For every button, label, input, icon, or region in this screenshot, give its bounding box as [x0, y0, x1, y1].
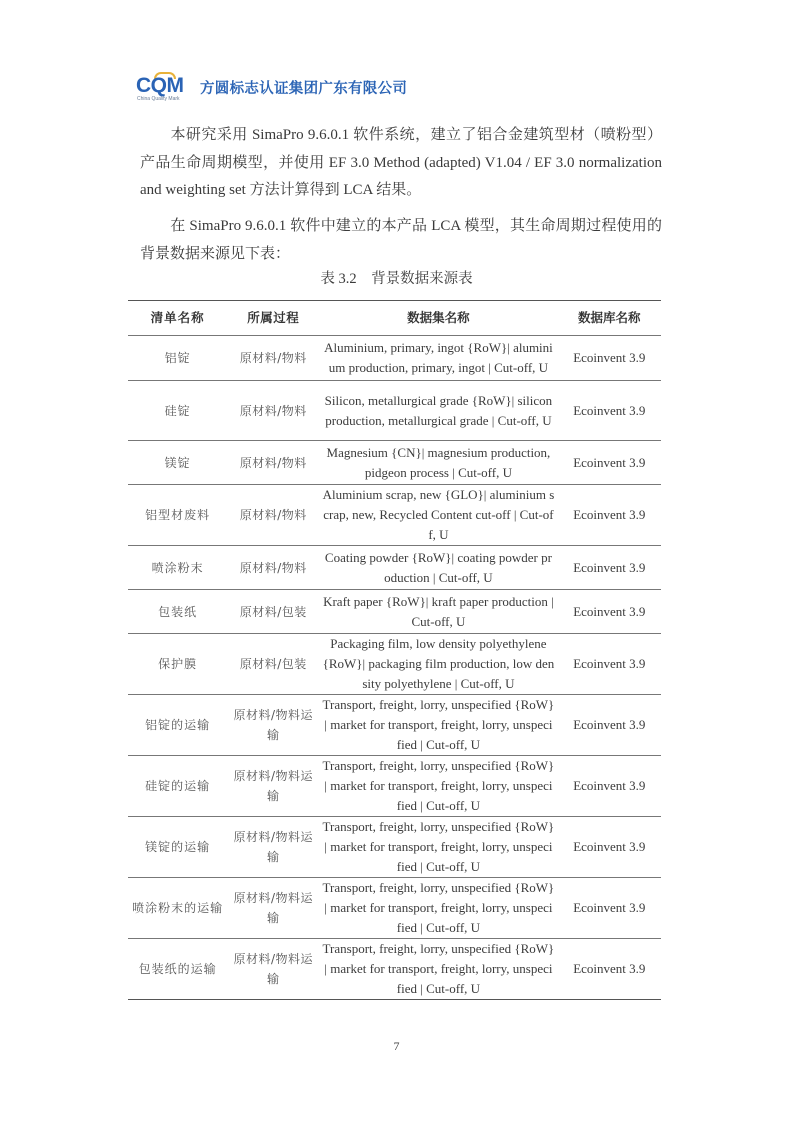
table-row: 喷涂粉末的运输原材料/物料运输Transport, freight, lorry…	[128, 878, 661, 939]
table-body: 铝锭原材料/物料Aluminium, primary, ingot {RoW}|…	[128, 336, 661, 1000]
cell-process: 原材料/物料运输	[227, 878, 319, 939]
cell-process: 原材料/物料	[227, 441, 319, 485]
cell-inventory-name: 镁锭的运输	[128, 817, 227, 878]
cell-dataset: Transport, freight, lorry, unspecified {…	[319, 695, 557, 756]
cqm-logo: CQM China Quality Mark	[136, 72, 198, 102]
table-row: 铝锭的运输原材料/物料运输Transport, freight, lorry, …	[128, 695, 661, 756]
table-row: 硅锭原材料/物料Silicon, metallurgical grade {Ro…	[128, 381, 661, 441]
table-row: 包装纸的运输原材料/物料运输Transport, freight, lorry,…	[128, 939, 661, 1000]
cell-database: Ecoinvent 3.9	[558, 336, 661, 381]
page-number: 7	[0, 1039, 793, 1054]
cell-inventory-name: 铝锭	[128, 336, 227, 381]
page-header: CQM China Quality Mark 方圆标志认证集团广东有限公司	[136, 72, 407, 104]
logo-subtitle: China Quality Mark	[137, 96, 180, 102]
cell-database: Ecoinvent 3.9	[558, 590, 661, 634]
header-dataset: 数据集名称	[319, 301, 557, 336]
cell-database: Ecoinvent 3.9	[558, 441, 661, 485]
table-row: 包装纸原材料/包装Kraft paper {RoW}| kraft paper …	[128, 590, 661, 634]
cell-database: Ecoinvent 3.9	[558, 695, 661, 756]
company-name: 方圆标志认证集团广东有限公司	[200, 81, 407, 97]
paragraph-data-source-text: 在 SimaPro 9.6.0.1 软件中建立的本产品 LCA 模型，其生命周期…	[140, 218, 662, 262]
cell-dataset: Magnesium {CN}| magnesium production, pi…	[319, 441, 557, 485]
cell-inventory-name: 铝锭的运输	[128, 695, 227, 756]
cell-process: 原材料/包装	[227, 634, 319, 695]
cell-dataset: Packaging film, low density polyethylene…	[319, 634, 557, 695]
cell-database: Ecoinvent 3.9	[558, 878, 661, 939]
logo-text: CQM	[136, 76, 184, 96]
cell-process: 原材料/物料运输	[227, 695, 319, 756]
cell-process: 原材料/物料运输	[227, 817, 319, 878]
paragraph-method-text: 本研究采用 SimaPro 9.6.0.1 软件系统，建立了铝合金建筑型材（喷粉…	[140, 127, 662, 198]
cell-process: 原材料/物料运输	[227, 939, 319, 1000]
cell-dataset: Transport, freight, lorry, unspecified {…	[319, 756, 557, 817]
header-database: 数据库名称	[558, 301, 661, 336]
cell-database: Ecoinvent 3.9	[558, 817, 661, 878]
background-data-table: 清单名称 所属过程 数据集名称 数据库名称 铝锭原材料/物料Aluminium,…	[128, 300, 661, 1000]
cell-inventory-name: 硅锭的运输	[128, 756, 227, 817]
cell-dataset: Transport, freight, lorry, unspecified {…	[319, 878, 557, 939]
cell-database: Ecoinvent 3.9	[558, 485, 661, 546]
table-row: 保护膜原材料/包装Packaging film, low density pol…	[128, 634, 661, 695]
header-inventory-name: 清单名称	[128, 301, 227, 336]
table-row: 铝型材废料原材料/物料Aluminium scrap, new {GLO}| a…	[128, 485, 661, 546]
cell-database: Ecoinvent 3.9	[558, 546, 661, 590]
cell-dataset: Transport, freight, lorry, unspecified {…	[319, 939, 557, 1000]
cell-dataset: Coating powder {RoW}| coating powder pro…	[319, 546, 557, 590]
cell-database: Ecoinvent 3.9	[558, 756, 661, 817]
cell-inventory-name: 铝型材废料	[128, 485, 227, 546]
cell-inventory-name: 喷涂粉末	[128, 546, 227, 590]
cell-database: Ecoinvent 3.9	[558, 939, 661, 1000]
cell-inventory-name: 硅锭	[128, 381, 227, 441]
table-caption: 表 3.2 背景数据来源表	[0, 267, 793, 288]
cell-process: 原材料/物料	[227, 381, 319, 441]
cell-inventory-name: 包装纸	[128, 590, 227, 634]
cell-database: Ecoinvent 3.9	[558, 381, 661, 441]
cell-process: 原材料/物料	[227, 485, 319, 546]
table-row: 硅锭的运输原材料/物料运输Transport, freight, lorry, …	[128, 756, 661, 817]
cell-dataset: Aluminium, primary, ingot {RoW}| alumini…	[319, 336, 557, 381]
cell-process: 原材料/物料运输	[227, 756, 319, 817]
cell-process: 原材料/物料	[227, 546, 319, 590]
table-row: 镁锭原材料/物料Magnesium {CN}| magnesium produc…	[128, 441, 661, 485]
cell-dataset: Transport, freight, lorry, unspecified {…	[319, 817, 557, 878]
cell-process: 原材料/包装	[227, 590, 319, 634]
cell-inventory-name: 保护膜	[128, 634, 227, 695]
cell-inventory-name: 包装纸的运输	[128, 939, 227, 1000]
paragraph-data-source: 在 SimaPro 9.6.0.1 软件中建立的本产品 LCA 模型，其生命周期…	[140, 213, 662, 268]
cell-dataset: Aluminium scrap, new {GLO}| aluminium sc…	[319, 485, 557, 546]
cell-process: 原材料/物料	[227, 336, 319, 381]
table-row: 喷涂粉末原材料/物料Coating powder {RoW}| coating …	[128, 546, 661, 590]
cell-inventory-name: 镁锭	[128, 441, 227, 485]
cell-dataset: Silicon, metallurgical grade {RoW}| sili…	[319, 381, 557, 441]
paragraph-method: 本研究采用 SimaPro 9.6.0.1 软件系统，建立了铝合金建筑型材（喷粉…	[140, 122, 662, 205]
table-row: 铝锭原材料/物料Aluminium, primary, ingot {RoW}|…	[128, 336, 661, 381]
header-process: 所属过程	[227, 301, 319, 336]
cell-inventory-name: 喷涂粉末的运输	[128, 878, 227, 939]
table-row: 镁锭的运输原材料/物料运输Transport, freight, lorry, …	[128, 817, 661, 878]
cell-dataset: Kraft paper {RoW}| kraft paper productio…	[319, 590, 557, 634]
cell-database: Ecoinvent 3.9	[558, 634, 661, 695]
table-header-row: 清单名称 所属过程 数据集名称 数据库名称	[128, 301, 661, 336]
